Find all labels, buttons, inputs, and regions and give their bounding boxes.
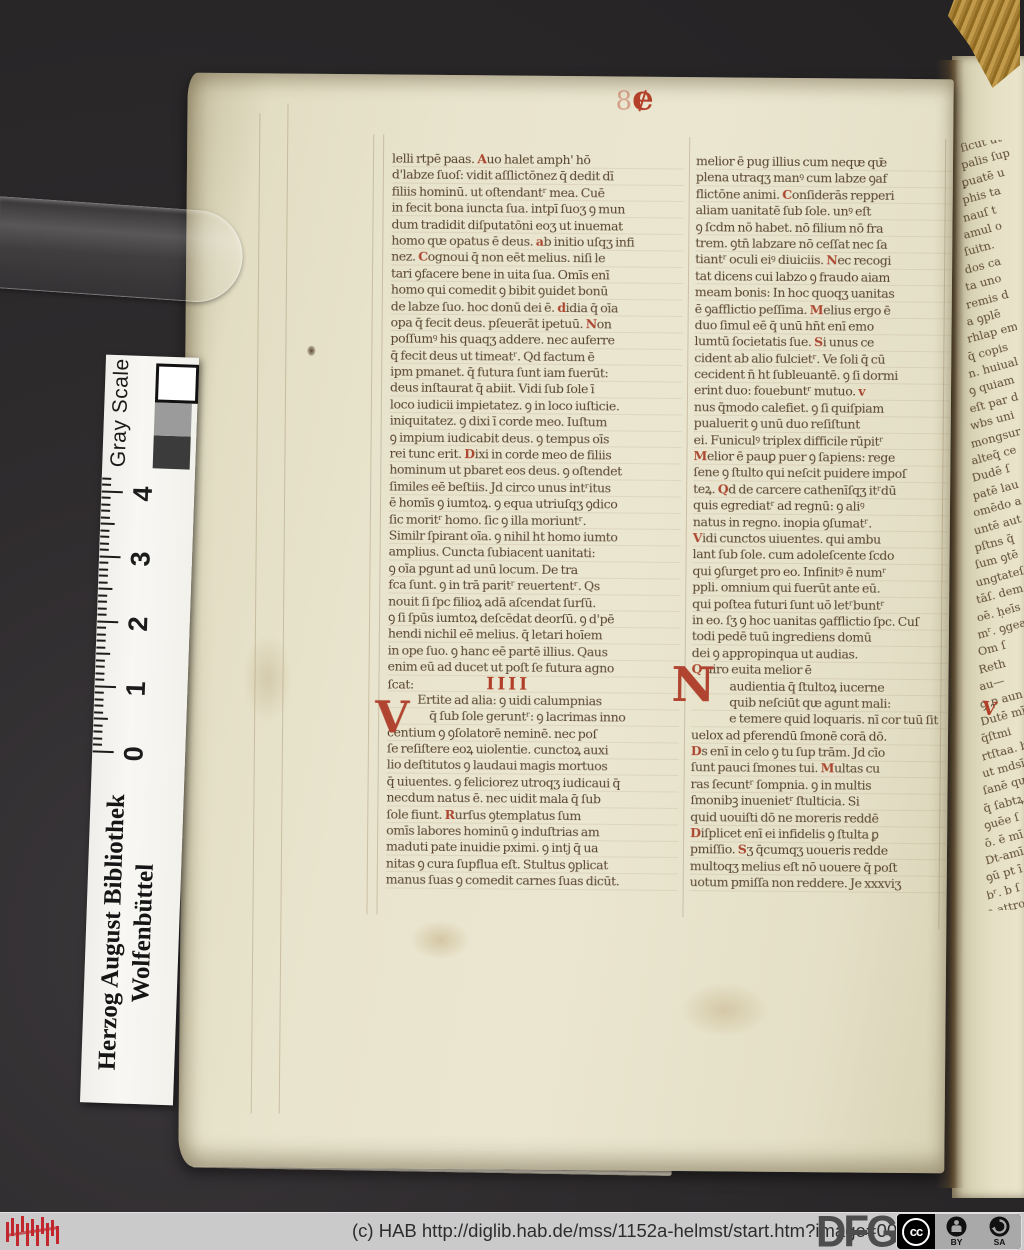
cc-sa-label: SA (994, 1238, 1006, 1247)
ruling-line (376, 134, 384, 914)
fold-line (251, 113, 261, 1113)
blemish-spot (307, 346, 315, 356)
gray-swatch-white (154, 363, 198, 403)
cc-by-person-icon (946, 1216, 967, 1237)
cc-sa-arrow-icon (989, 1216, 1010, 1237)
gray-scale-swatches (152, 363, 199, 469)
scan-viewport: ſicut utpalis ſupꝑuatē uphis tanauſ tamu… (0, 0, 1024, 1250)
quire-mark-number: 8 (615, 86, 632, 116)
library-name: Herzog August Bibliothek Wolfenbüttel (90, 767, 164, 1099)
hab-logo-icon (4, 1214, 66, 1248)
gray-swatch-mid (153, 402, 191, 436)
manuscript-page: 8ɇ lelli rtpē paas. Auo halet amph' hōd'… (178, 73, 954, 1174)
stain (242, 633, 293, 723)
cc-sa: SA (989, 1216, 1010, 1247)
ruling-line (366, 134, 374, 914)
text-column-right: melior ē pug illius cum neqᵫ qᵫ̄plena ut… (690, 153, 954, 895)
cc-section: cc (897, 1214, 935, 1249)
gray-scale-card: Gray Scale (106, 357, 199, 470)
ruler: 01234 (92, 463, 195, 766)
gray-scale-label: Gray Scale (106, 357, 134, 468)
stain (679, 982, 769, 1038)
ruler-ticks (92, 463, 102, 763)
cc-by-label: BY (951, 1238, 963, 1247)
page-holder-clip (0, 196, 246, 305)
cc-by-sa-section: BY SA (935, 1214, 1021, 1249)
initial-v: V (375, 696, 410, 740)
stain (410, 920, 470, 961)
cc-license-badge[interactable]: cc BY SA (896, 1213, 1022, 1250)
fold-line (279, 104, 289, 1114)
cc-by: BY (946, 1216, 967, 1247)
text-column-left: lelli rtpē paas. Auo halet amph' hōd'lab… (386, 150, 684, 893)
quire-mark-letter: ɇ (632, 79, 654, 119)
dfg-logo: DFG (816, 1207, 896, 1250)
cc-icon: cc (902, 1218, 930, 1246)
gray-swatch-dark (152, 435, 190, 469)
ruling-line (682, 137, 690, 917)
footer-bar: (c) HAB http://diglib.hab.de/mss/1152a-h… (0, 1212, 1024, 1250)
quire-mark: 8ɇ (615, 78, 654, 118)
initial-n: N (671, 661, 715, 709)
margin-mark: V (981, 697, 998, 720)
